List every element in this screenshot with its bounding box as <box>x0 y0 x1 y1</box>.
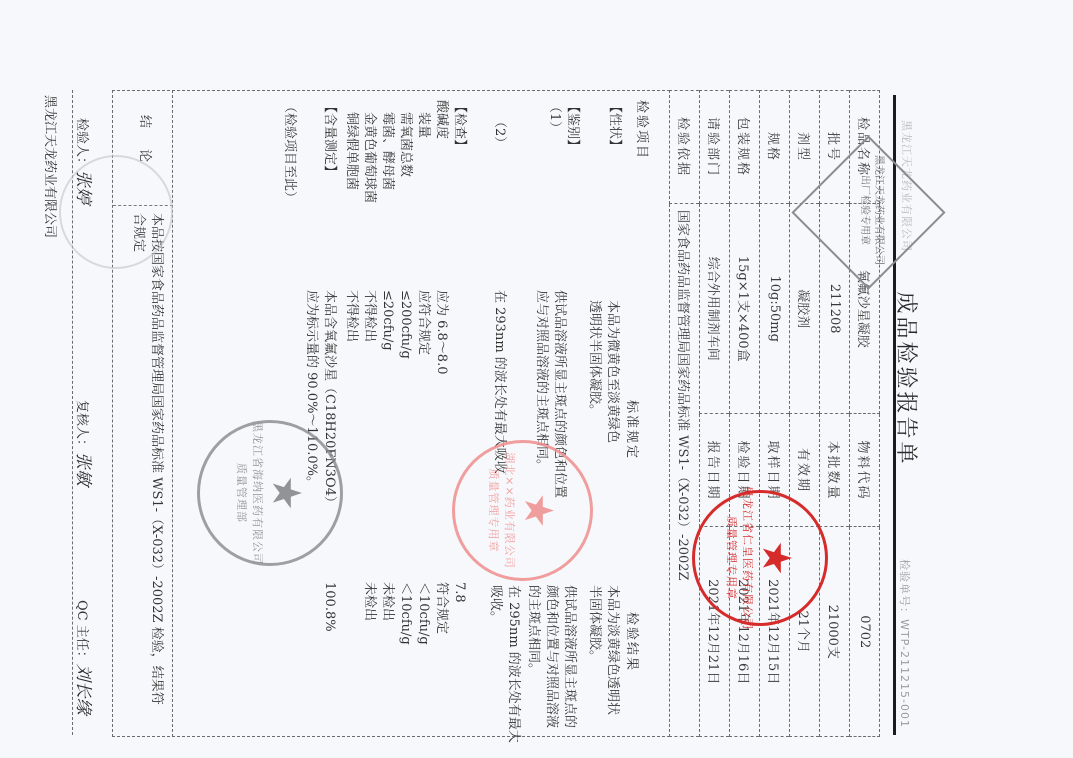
test-result: 供试品溶液所显主斑点的 颜色和位置与对照品溶液 的主斑点相同。 <box>524 585 578 728</box>
test-item: 【性状】 <box>605 100 623 152</box>
test-result: 未检出 <box>378 582 396 621</box>
label-batch-no: 批号 <box>820 91 850 204</box>
value-dosage-form: 凝胶剂 <box>790 204 820 414</box>
inspection-report-page: 黑龙江天龙药业有限公司 成品检验报告单 检验单号：WTP-211215-001 … <box>0 0 1073 758</box>
test-standard: 不得检出 <box>360 290 378 342</box>
label-batch-qty: 本批数量 <box>820 414 850 527</box>
test-item: 【检查】 酸碱度 <box>432 100 468 152</box>
report-number: 检验单号：WTP-211215-001 <box>897 559 913 728</box>
test-result: ＜10cfu/g <box>414 582 432 645</box>
test-standard: 不得检出 <box>342 290 360 342</box>
value-packaging: 15g×1支×400盒 <box>730 204 760 414</box>
test-item-end: （检验项目至此） <box>280 100 298 204</box>
label-sampling-date: 取样日期 <box>760 414 790 527</box>
table-row: 规格 10g:50mg 取样日期 2021年12月15日 <box>760 91 790 737</box>
value-sampling-date: 2021年12月15日 <box>760 527 790 737</box>
test-item: （2） <box>490 115 508 149</box>
value-material-code: 0702 <box>850 527 880 737</box>
test-item: 金黄色葡萄球菌 <box>360 112 378 203</box>
label-test-basis: 检验依据 <box>670 91 700 204</box>
test-result: 本品为淡黄绿色透明状 半固体凝胶。 <box>585 585 621 715</box>
test-standard: ≤20cfu/g <box>378 290 396 351</box>
table-row: 检验依据 国家食品药品监督管理局国家药品标准 WS1-（X-032）-2002Z <box>670 91 700 737</box>
test-item: 【鉴别】 （1） <box>545 100 581 152</box>
table-row: 请验部门 综合外用制剂车间 报告日期 2021年12月21日 <box>700 91 730 737</box>
report-number-value: WTP-211215-001 <box>898 619 911 728</box>
report-number-label: 检验单号： <box>898 559 911 619</box>
inspector-signature: 检验人：张婷 <box>73 118 98 204</box>
table-row: 剂型 凝胶剂 有效期 21个月 <box>790 91 820 737</box>
test-result: 100.8% <box>320 582 338 632</box>
conclusion-col-divider <box>113 205 173 206</box>
test-standard: ≤200cfu/g <box>396 290 414 359</box>
label-product-name: 检品名称 <box>850 91 880 204</box>
label-packaging: 包装规格 <box>730 91 760 204</box>
qc-sig: 刘长缘 <box>73 664 93 715</box>
value-report-date: 2021年12月21日 <box>700 527 730 737</box>
value-product-name: 氧氟沙星凝胶 <box>850 204 880 414</box>
footer-rule <box>72 90 73 735</box>
reviewer-signature: 复核人：张敏 <box>73 400 98 486</box>
title-rule <box>893 95 896 735</box>
table-row: 批号 211208 本批数量 21000支 <box>820 91 850 737</box>
test-item: 霉菌、酵母菌 <box>378 112 396 190</box>
test-item: 需氧菌总数 <box>396 112 414 177</box>
table-row: 检品名称 氧氟沙星凝胶 物料代码 0702 <box>850 91 880 737</box>
value-shelf-life: 21个月 <box>790 527 820 737</box>
value-test-basis: 国家食品药品监督管理局国家药品标准 WS1-（X-032）-2002Z <box>670 204 700 737</box>
col-header-standard: 标准规定 <box>624 400 643 460</box>
conclusion-label: 结 论 <box>135 115 153 166</box>
label-dosage-form: 剂型 <box>790 91 820 204</box>
conclusion-text: 本品按国家食品药品监督管理局国家药品标准 WS1-（X-032）-2002Z 检… <box>129 213 165 705</box>
test-item: 铜绿假单胞菌 <box>342 112 360 190</box>
label-test-date: 检验日期 <box>730 414 760 527</box>
test-result: 符合规定 <box>432 582 450 634</box>
col-header-item: 检验项目 <box>634 100 653 160</box>
test-standard: 应为 6.8～8.0 <box>432 290 450 374</box>
test-result: 在 295nm 的波长处有最大 吸收。 <box>486 585 522 743</box>
qc-label: QC 主任： <box>74 600 89 664</box>
label-shelf-life: 有效期 <box>790 414 820 527</box>
test-item: 装量 <box>414 112 432 138</box>
label-request-dept: 请验部门 <box>700 91 730 204</box>
test-standard: 本品含氧氟沙星（C18H20FN3O4） 应为标示量的 90.0%～110.0%… <box>302 290 338 509</box>
value-spec: 10g:50mg <box>760 204 790 414</box>
col-header-result: 检验结果 <box>624 612 643 672</box>
inspector-label: 检验人： <box>74 118 89 170</box>
test-result: 7.8 <box>450 582 468 603</box>
test-standard: 供试品溶液所显主斑点的颜色和位置 应与对照品溶液的主斑点相同。 <box>532 290 568 498</box>
label-spec: 规格 <box>760 91 790 204</box>
test-result: ＜10cfu/g <box>396 582 414 645</box>
value-batch-qty: 21000支 <box>820 527 850 737</box>
inspector-sig: 张婷 <box>73 170 93 204</box>
test-standard: 应符合规定 <box>414 290 432 355</box>
reviewer-label: 复核人： <box>74 400 89 452</box>
value-batch-no: 211208 <box>820 204 850 414</box>
label-report-date: 报告日期 <box>700 414 730 527</box>
reviewer-sig: 张敏 <box>73 452 93 486</box>
qc-signature: QC 主任：刘长缘 <box>73 600 98 715</box>
info-table: 检品名称 氧氟沙星凝胶 物料代码 0702 批号 211208 本批数量 210… <box>669 90 880 737</box>
test-item: 【含量测定】 <box>320 100 338 178</box>
value-test-date: 2021年12月16日 <box>730 527 760 737</box>
company-name: 黑龙江天龙药业有限公司 <box>42 95 61 238</box>
value-request-dept: 综合外用制剂车间 <box>700 204 730 414</box>
test-result: 未检出 <box>360 582 378 621</box>
conclusion-divider <box>172 90 173 737</box>
label-material-code: 物料代码 <box>850 414 880 527</box>
table-row: 包装规格 15g×1支×400盒 检验日期 2021年12月16日 <box>730 91 760 737</box>
test-standard: 本品为微黄色至淡黄绿色 透明状半固体凝胶。 <box>585 300 621 443</box>
test-standard: 在 293nm 的波长处有最大吸收 <box>490 290 508 474</box>
